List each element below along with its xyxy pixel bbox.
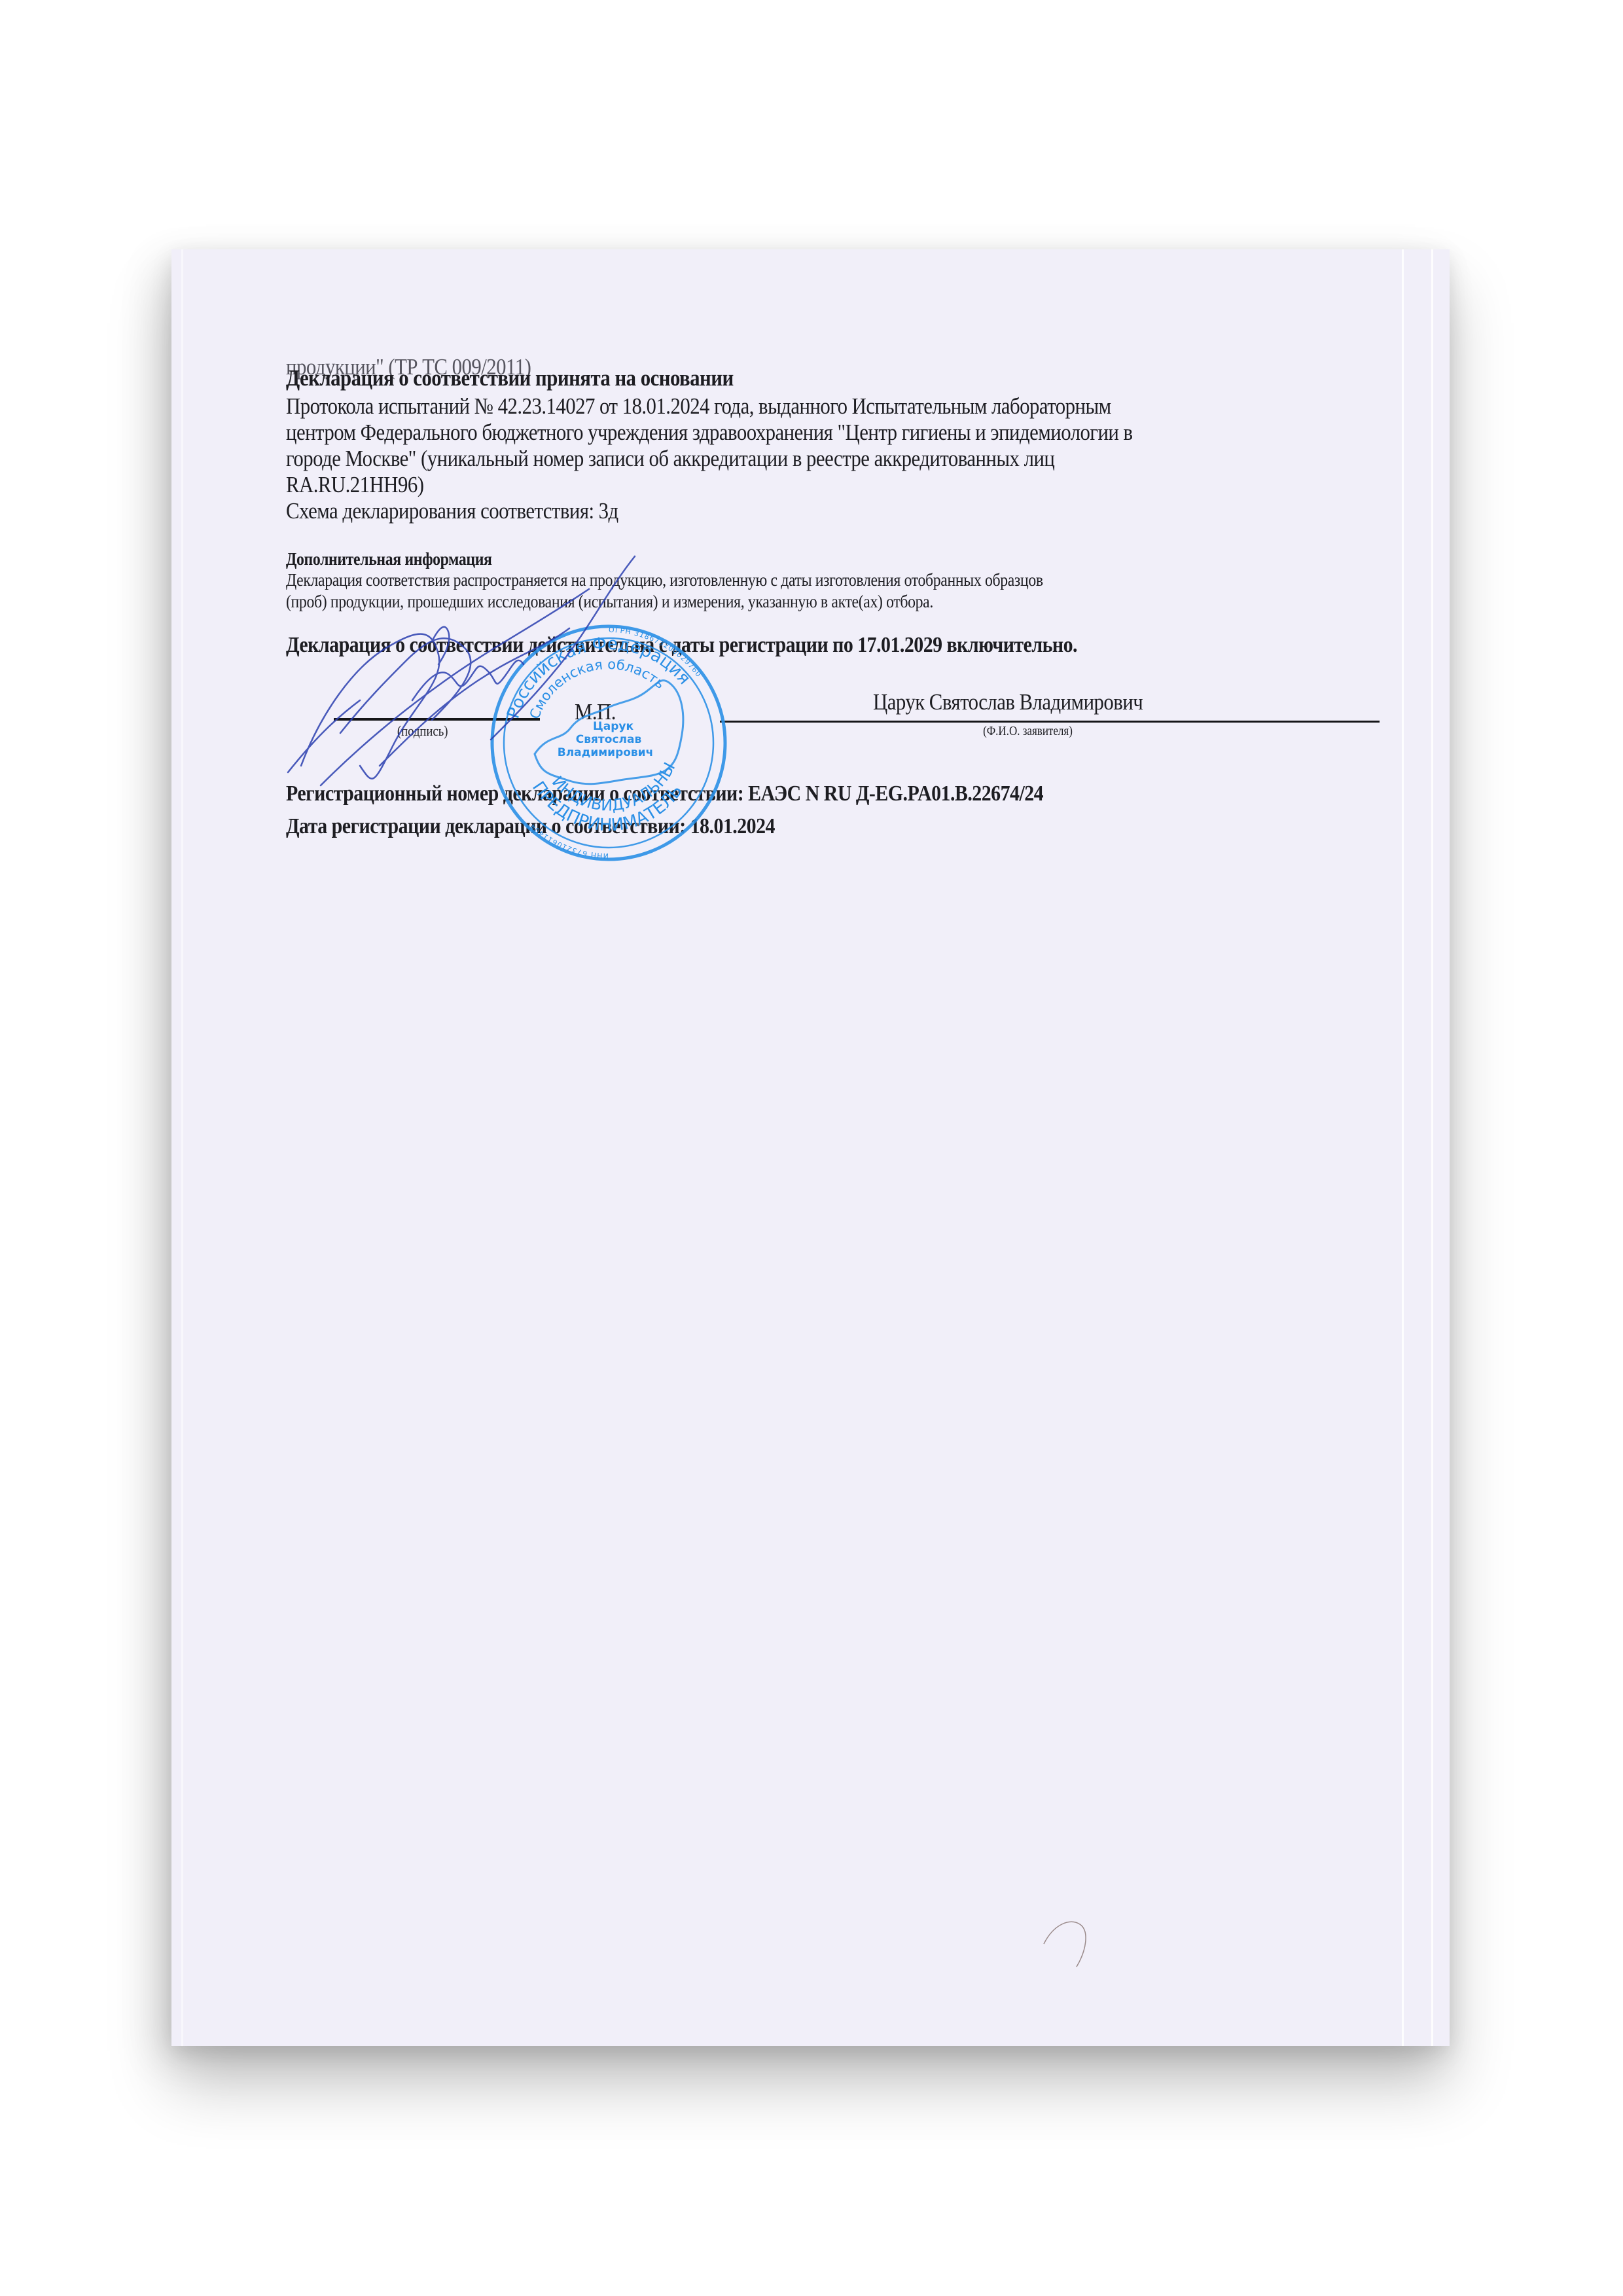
scan-artifact-hair <box>1041 1918 1106 1970</box>
basis-line-2: центром Федерального бюджетного учрежден… <box>286 420 1133 445</box>
scan-fold-line <box>1431 249 1433 2046</box>
basis-line-3: городе Москве" (уникальный номер записи … <box>286 446 1054 471</box>
applicant-name: Царук Святослав Владимирович <box>873 689 1143 715</box>
applicant-name-line <box>720 721 1380 723</box>
handwritten-signature <box>281 550 648 792</box>
scan-fold-line <box>1402 249 1404 2046</box>
declaration-scheme: Схема декларирования соответствия: 3д <box>286 498 618 524</box>
basis-line-1: Протокола испытаний № 42.23.14027 от 18.… <box>286 393 1111 419</box>
basis-heading: Декларация о соответствии принята на осн… <box>286 365 734 391</box>
applicant-caption: (Ф.И.О. заявителя) <box>983 724 1073 739</box>
scan-edge-line <box>181 249 183 2046</box>
basis-line-4: RA.RU.21НН96) <box>286 472 423 497</box>
